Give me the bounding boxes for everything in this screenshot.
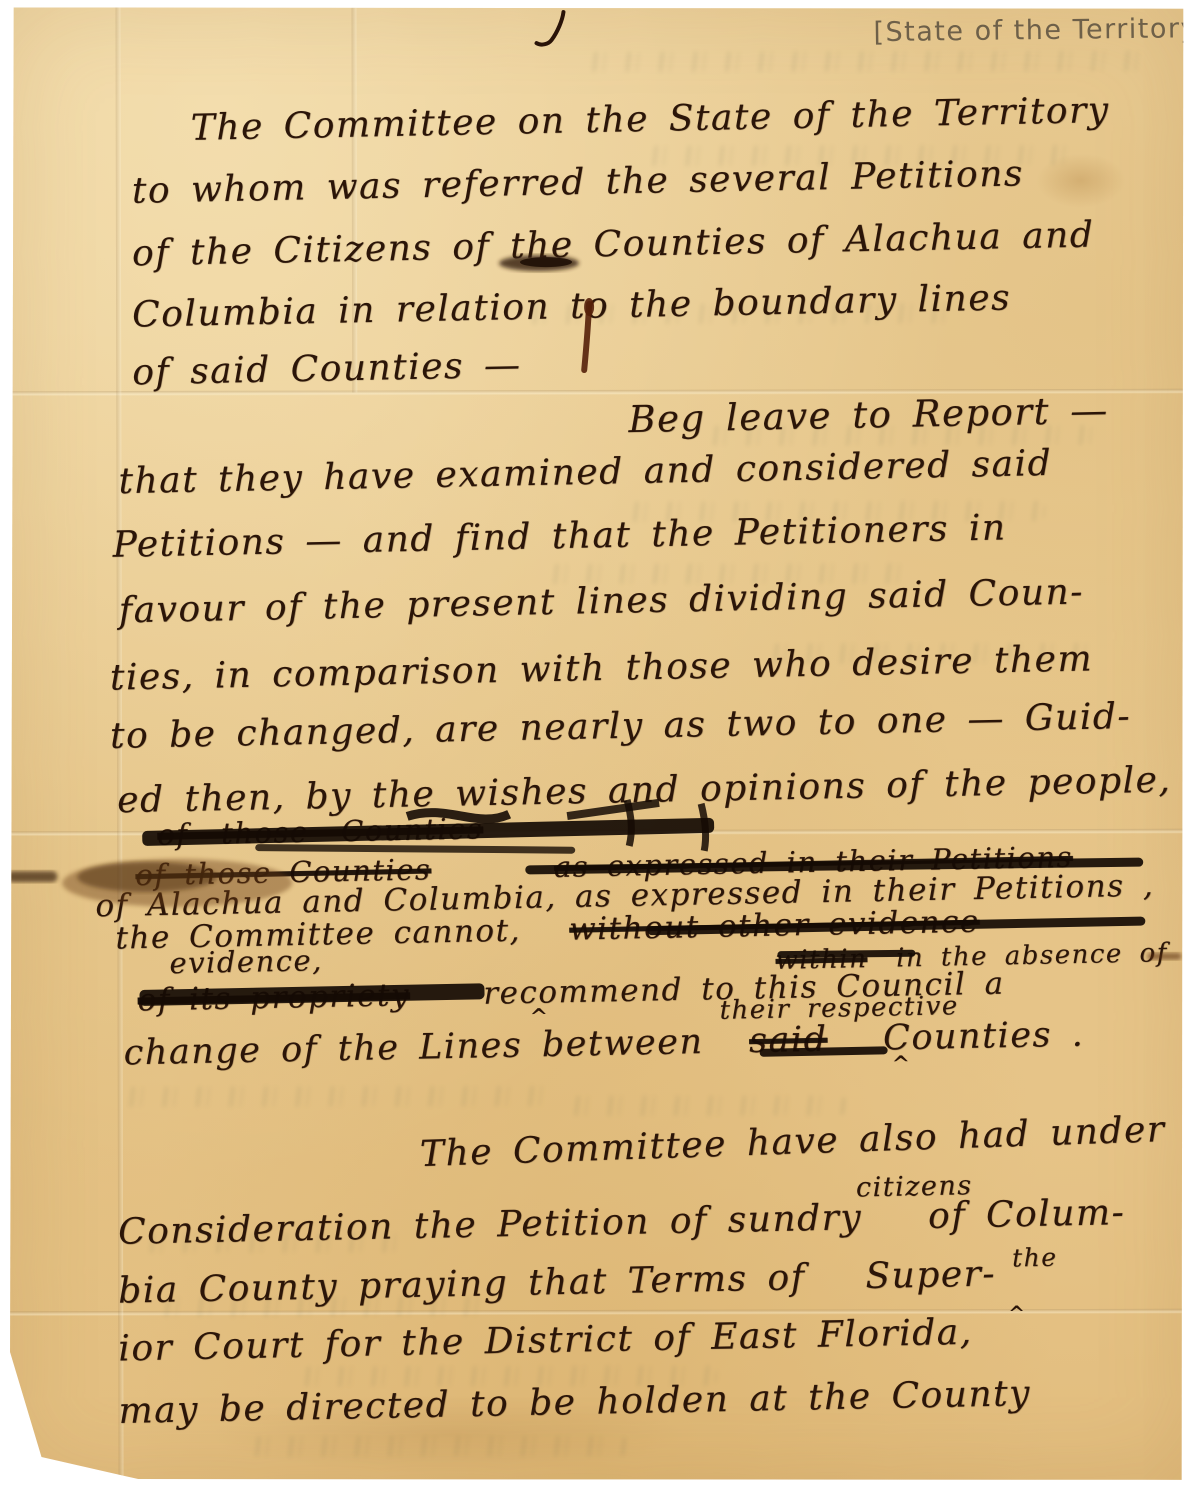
bleedthrough-text [123,1086,553,1107]
manuscript-line: of the Citizens of the Counties of Alach… [132,215,1095,275]
manuscript-line: Consideration the Petition of sundry of … [118,1192,1126,1253]
bleedthrough-text [586,51,1146,72]
line-text: of Colum- [928,1192,1126,1237]
line-text: to whom was referred the several Petitio… [132,153,1025,211]
ink-strike-bar [255,844,575,854]
ink-strike-bar [777,950,915,958]
line-text: change of the Lines between [123,1022,703,1073]
manuscript-line: change of the Lines between said Countie… [123,1015,1084,1074]
manuscript-line: ed then, by the wishes and opinions of t… [117,760,1172,822]
scanned-manuscript: [State of the Territory] The Committee o… [0,0,1200,1498]
manuscript-page: [State of the Territory] The Committee o… [5,3,1187,1485]
manuscript-line: ior Court for the District of East Flori… [118,1312,973,1370]
inserted-word: evidence, [169,943,323,980]
line-text: Super- [865,1254,996,1298]
manuscript-line: to be changed, are nearly as two to one … [110,696,1132,757]
paper-stain [1036,153,1126,208]
manuscript-line: ties, in comparison with those who desir… [110,638,1094,698]
line-text: The Committee on the State of the Territ… [190,90,1110,149]
caret-mark: ^ [892,1051,910,1077]
manuscript-line: favour of the present lines dividing sai… [118,572,1084,632]
line-text: Consideration the Petition of sundry [118,1197,863,1253]
manuscript-line: of said Counties — [132,345,522,394]
manuscript-line: The Committee have also had under [419,1109,1166,1175]
manuscript-line: The Committee on the State of the Territ… [190,90,1110,149]
manuscript-line: that they have examined and considered s… [118,443,1052,502]
line-text: Counties . [883,1015,1085,1059]
line-text: the [1012,1243,1058,1273]
line-text: of the Citizens of the Counties of Alach… [132,215,1095,275]
manuscript-line: bia County praying that Terms of Super- [118,1254,997,1312]
caret-mark: ^ [1008,1301,1025,1325]
line-text: Columbia in relation to the boundary lin… [132,277,1012,335]
edge-ink-dash [7,871,57,882]
line-text: ior Court for the District of East Flori… [118,1312,973,1370]
top-ink-squiggle [536,12,563,45]
line-text: ties, in comparison with those who desir… [110,638,1094,698]
manuscript-line: to whom was referred the several Petitio… [132,153,1025,211]
line-text: The Committee have also had under [419,1109,1166,1175]
line-text: of said Counties — [132,345,522,394]
line-text: bia County praying that Terms of [118,1257,806,1311]
line-text: favour of the present lines dividing sai… [118,572,1084,632]
line-text: ed then, by the wishes and opinions of t… [117,760,1172,822]
manuscript-line: Petitions — and find that the Petitioner… [112,507,1007,565]
pencil-annotation: [State of the Territory] [873,13,1200,48]
line-text: that they have examined and considered s… [118,443,1052,502]
line-text: Petitions — and find that the Petitioner… [112,507,1007,565]
manuscript-line: Columbia in relation to the boundary lin… [132,277,1012,335]
line-text: evidence, [169,943,323,980]
annotation-text: [State of the Territory] [873,13,1200,48]
inserted-word: the [1012,1243,1058,1273]
bleedthrough-text [568,1095,848,1116]
line-text: to be changed, are nearly as two to one … [110,696,1132,757]
